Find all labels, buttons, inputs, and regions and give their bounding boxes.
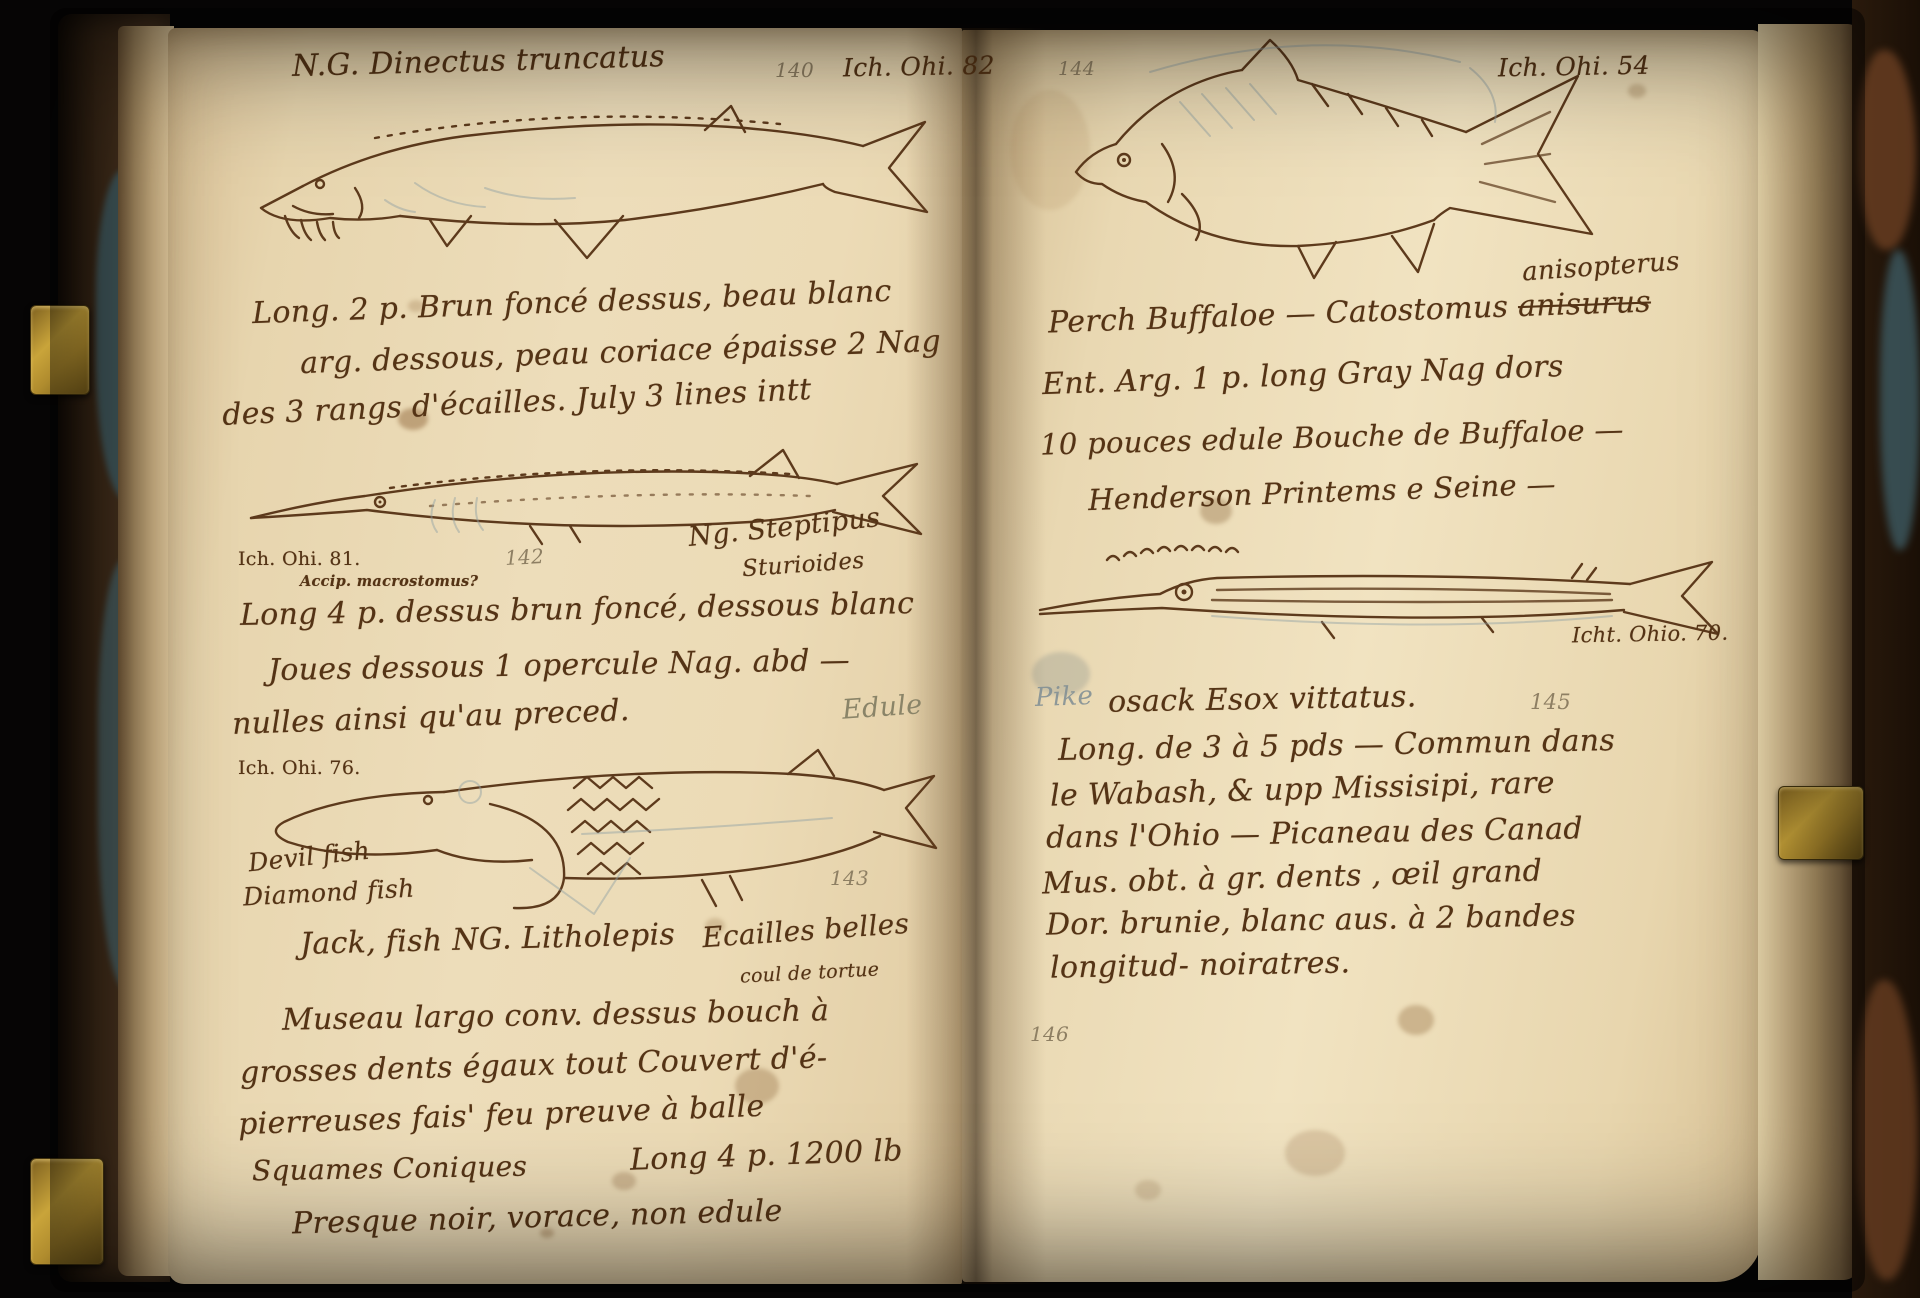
stain-mark [1628,84,1646,98]
brass-clasp-left-bottom [30,1158,104,1265]
stain-mark [1285,1130,1345,1176]
left-page-stack-edge [118,26,174,1276]
fig2-species-query-label: Accip. macrostomus? [300,573,478,590]
left-para2-edule-note: Edule [841,689,923,726]
left-header-page-number: 140 [775,58,814,82]
fig2-page-number: 142 [504,544,544,570]
left-para3-line5a: Squames Coniques [252,1150,528,1188]
brass-clasp-right [1778,786,1864,860]
right-para2-title: osack Esox vittatus. [1108,679,1417,719]
fig5-reference-label: Icht. Ohio. 70. [1572,621,1729,648]
right-para2-page-number-2: 146 [1030,1022,1069,1046]
right-para2-page-number: 145 [1530,690,1571,714]
sturgeon-fish-drawing [225,88,935,263]
fig2-reference-label: Ich. Ohi. 81. [238,548,361,570]
brass-clasp-left-top [30,305,90,395]
stain-mark [1135,1180,1161,1200]
left-header-reference: Ich. Ohi. 82 [843,51,995,83]
right-para1-line1b-struck: anisurus [1517,284,1651,324]
right-para2-line6: longitud- noiratres. [1050,945,1351,985]
stain-mark [1398,1005,1434,1035]
fig3-page-number: 143 [830,866,869,890]
right-page-stack-edge [1758,24,1858,1280]
pike-fish-drawing [1012,538,1752,673]
right-para2-pencil-word: Pike [1034,681,1093,713]
